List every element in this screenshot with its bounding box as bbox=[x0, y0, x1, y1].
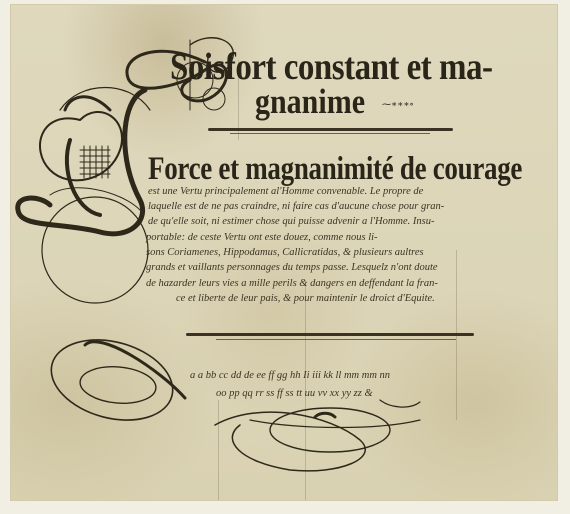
body-line: sons Coriamenes, Hippodamus, Callicratid… bbox=[146, 247, 424, 258]
alphabet-line-2: oo pp qq rr ss ff ss tt uu vv xx yy zz & bbox=[216, 388, 373, 399]
body-line: de qu'elle soit, ni estimer chose qui pu… bbox=[148, 216, 434, 227]
heading: Force et magnanimité de courage bbox=[148, 150, 522, 187]
body-line: portable: de ceste Vertu ont este douez,… bbox=[146, 232, 378, 243]
body-line: de hazarder leurs vies a mille perils & … bbox=[146, 278, 438, 289]
title-rule-thick bbox=[208, 128, 453, 131]
title-line-2: gnanime bbox=[255, 83, 365, 122]
alphabet-rule-thin bbox=[216, 339, 456, 340]
body-line: grands et vaillants personnages du temps… bbox=[146, 262, 438, 273]
alphabet-rule-thick bbox=[186, 333, 474, 336]
body-line: est une Vertu principalement al'Homme co… bbox=[148, 186, 423, 197]
alphabet-line-1: a a bb cc dd de ee ff gg hh Ii iii kk ll… bbox=[190, 370, 390, 381]
title-ornament: ⁓∗∗∗∘ bbox=[382, 100, 414, 110]
title-rule-thin bbox=[230, 133, 430, 134]
body-line: laquelle est de ne pas craindre, ni fair… bbox=[148, 201, 444, 212]
body-line: ce et liberte de leur pais, & pour maint… bbox=[176, 293, 435, 304]
